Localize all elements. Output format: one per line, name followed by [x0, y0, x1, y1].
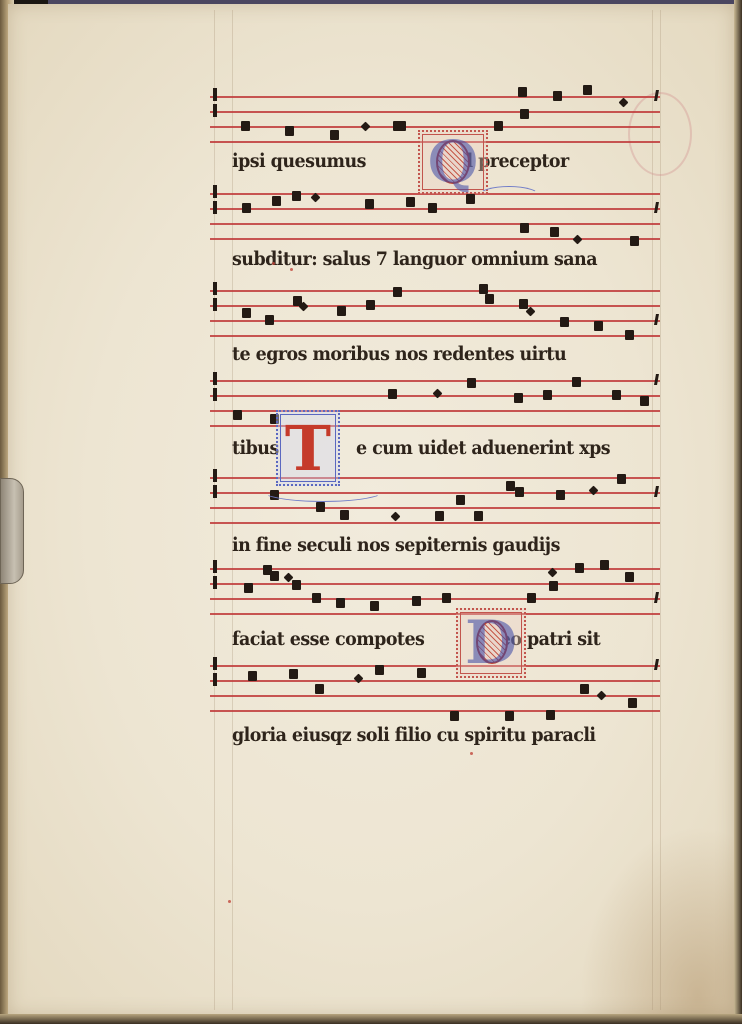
neume-note — [594, 321, 603, 331]
lyric-text: e cum uidet aduenerint xps — [356, 437, 610, 459]
clef-icon — [213, 88, 217, 101]
lyric-text: ipsi quesumus — [232, 150, 366, 172]
neume-note — [292, 191, 301, 201]
neume-note — [265, 315, 274, 325]
neume-note — [270, 571, 279, 581]
neume-note — [397, 121, 406, 131]
neume-note — [242, 203, 251, 213]
staff-line — [210, 335, 660, 337]
neume-note — [560, 317, 569, 327]
staff-line — [210, 111, 660, 113]
illuminated-initial-q: Q — [418, 130, 488, 194]
neume-note — [456, 495, 465, 505]
staff-line — [210, 290, 660, 292]
neume-note — [337, 306, 346, 316]
neume-note — [365, 199, 374, 209]
initial-letter: Q — [428, 128, 479, 196]
neume-note — [617, 474, 626, 484]
lyric-line-7: gloria eiusqz soli filio cu spiritu para… — [232, 724, 596, 746]
lyric-line-6: faciat esse compoteseo patri sit — [232, 628, 600, 650]
neume-note — [515, 487, 524, 497]
neume-note — [543, 390, 552, 400]
staff-line — [210, 223, 660, 225]
clef-icon — [213, 673, 217, 686]
lyric-text: faciat esse compotes — [232, 628, 424, 650]
show-through-initial — [628, 92, 692, 176]
neume-note — [575, 563, 584, 573]
neume-note — [553, 91, 562, 101]
red-ink-speck — [228, 900, 231, 903]
neume-note — [479, 284, 488, 294]
neume-note — [450, 711, 459, 721]
neume-note — [625, 330, 634, 340]
lyric-line-5: in fine seculi nos sepiternis gaudijs — [232, 534, 560, 556]
neume-note — [289, 669, 298, 679]
neume-note — [370, 601, 379, 611]
neume-note — [312, 593, 321, 603]
staff-line — [210, 238, 660, 240]
neume-note — [506, 481, 515, 491]
neume-note — [248, 671, 257, 681]
staff-line — [210, 380, 660, 382]
staff-line — [210, 96, 660, 98]
clef-icon — [213, 657, 217, 670]
clef-icon — [213, 560, 217, 573]
neume-note — [485, 294, 494, 304]
staff-line — [210, 598, 660, 600]
neume-note — [612, 390, 621, 400]
staff-line — [210, 710, 660, 712]
lyric-line-2: subditur: salus 7 languor omnium sana — [232, 248, 597, 270]
neume-note — [442, 593, 451, 603]
lyric-text: tibus — [232, 437, 279, 459]
clef-icon — [213, 469, 217, 482]
ruling-line — [214, 10, 215, 1010]
neume-note — [393, 287, 402, 297]
clef-icon — [213, 104, 217, 117]
neume-note — [556, 490, 565, 500]
clef-icon — [213, 388, 217, 401]
neume-note — [336, 598, 345, 608]
neume-note — [474, 511, 483, 521]
neume-note — [518, 87, 527, 97]
neume-note — [366, 300, 375, 310]
neume-note — [316, 502, 325, 512]
lyric-line-3: te egros moribus nos redentes uirtu — [232, 343, 566, 365]
neume-note — [417, 668, 426, 678]
staff-line — [210, 507, 660, 509]
staff-line — [210, 665, 660, 667]
staff-line — [210, 522, 660, 524]
neume-note — [467, 378, 476, 388]
page-edge-bottom — [0, 1014, 742, 1024]
neume-note — [520, 109, 529, 119]
clef-icon — [213, 485, 217, 498]
initial-letter: T — [285, 412, 331, 485]
neume-note — [630, 236, 639, 246]
staff-line — [210, 320, 660, 322]
staff-line — [210, 613, 660, 615]
neume-note — [233, 410, 242, 420]
neume-note — [514, 393, 523, 403]
staff-line — [210, 568, 660, 570]
neume-note — [572, 377, 581, 387]
neume-note — [549, 581, 558, 591]
neume-note — [435, 511, 444, 521]
clef-icon — [213, 576, 217, 589]
neume-note — [292, 580, 301, 590]
red-ink-speck — [470, 752, 473, 755]
neume-note — [375, 665, 384, 675]
neume-note — [505, 711, 514, 721]
neume-note — [546, 710, 555, 720]
neume-note — [640, 396, 649, 406]
lyric-line-1: ipsi quesumusuod preceptor — [232, 150, 569, 172]
initial-flourish — [262, 480, 384, 502]
book-clasp — [0, 478, 24, 584]
neume-note — [550, 227, 559, 237]
red-ink-speck — [272, 262, 275, 265]
neume-note — [519, 299, 528, 309]
neume-note — [244, 583, 253, 593]
neume-note — [583, 85, 592, 95]
neume-note — [406, 197, 415, 207]
neume-note — [241, 121, 250, 131]
clef-icon — [213, 372, 217, 385]
clef-icon — [213, 185, 217, 198]
neume-note — [580, 684, 589, 694]
neume-note — [527, 593, 536, 603]
staff-line — [210, 305, 660, 307]
neume-note — [388, 389, 397, 399]
red-ink-speck — [290, 268, 293, 271]
initial-letter: D — [465, 608, 517, 678]
neume-note — [600, 560, 609, 570]
page-edge-right — [734, 0, 742, 1024]
clef-icon — [213, 201, 217, 214]
neume-note — [330, 130, 339, 140]
neume-note — [628, 698, 637, 708]
neume-note — [412, 596, 421, 606]
neume-note — [242, 308, 251, 318]
initial-flourish — [478, 186, 540, 206]
staff-line — [210, 583, 660, 585]
neume-note — [625, 572, 634, 582]
neume-note — [315, 684, 324, 694]
neume-note — [272, 196, 281, 206]
neume-note — [494, 121, 503, 131]
neume-note — [428, 203, 437, 213]
neume-note — [520, 223, 529, 233]
neume-note — [340, 510, 349, 520]
clef-icon — [213, 282, 217, 295]
illuminated-initial-d: D — [456, 608, 526, 678]
clef-icon — [213, 298, 217, 311]
staff-line — [210, 695, 660, 697]
staff-line — [210, 680, 660, 682]
illuminated-initial-t: T — [276, 410, 340, 486]
neume-note — [285, 126, 294, 136]
